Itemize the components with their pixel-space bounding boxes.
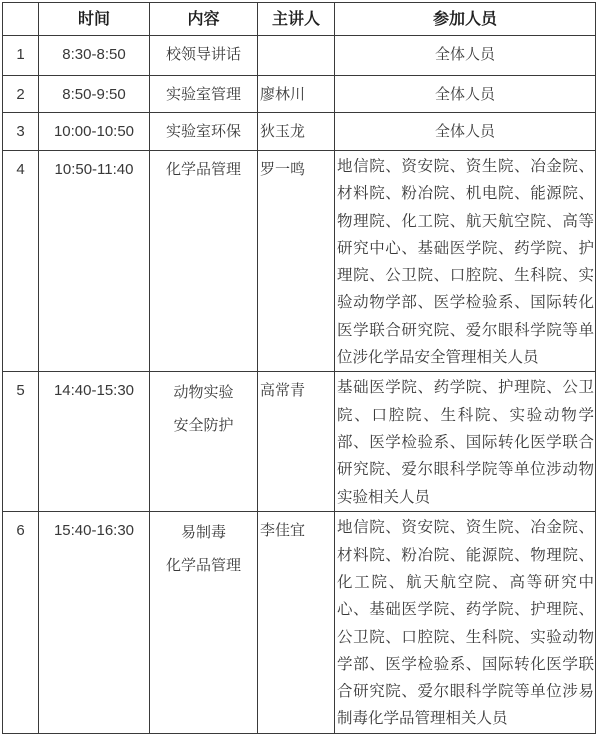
time-cell: 8:50-9:50 [39, 76, 150, 113]
content-cell: 校领导讲话 [150, 36, 258, 76]
row-number: 1 [3, 36, 39, 76]
row-number: 2 [3, 76, 39, 113]
document-page: 时间 内容 主讲人 参加人员 1 8:30-8:50 校领导讲话 全体人员 2 … [0, 0, 597, 735]
header-no [3, 3, 39, 36]
table-row: 4 10:50-11:40 化学品管理 罗一鸣 地信院、资安院、资生院、冶金院、… [3, 151, 596, 372]
row-number: 3 [3, 113, 39, 151]
table-row: 3 10:00-10:50 实验室环保 狄玉龙 全体人员 [3, 113, 596, 151]
time-cell: 8:30-8:50 [39, 36, 150, 76]
header-participants: 参加人员 [335, 3, 596, 36]
content-cell: 动物实验 安全防护 [150, 372, 258, 512]
speaker-cell: 李佳宜 [258, 512, 335, 733]
content-cell: 化学品管理 [150, 151, 258, 372]
table-row: 6 15:40-16:30 易制毒 化学品管理 李佳宜 地信院、资安院、资生院、… [3, 512, 596, 733]
time-cell: 10:00-10:50 [39, 113, 150, 151]
participants-cell: 全体人员 [335, 36, 596, 76]
participants-cell: 全体人员 [335, 113, 596, 151]
speaker-cell: 高常青 [258, 372, 335, 512]
header-row: 时间 内容 主讲人 参加人员 [3, 3, 596, 36]
table-row: 5 14:40-15:30 动物实验 安全防护 高常青 基础医学院、药学院、护理… [3, 372, 596, 512]
participants-cell: 地信院、资安院、资生院、冶金院、材料院、粉冶院、机电院、能源院、物理院、化工院、… [335, 151, 596, 372]
speaker-cell: 廖林川 [258, 76, 335, 113]
time-cell: 10:50-11:40 [39, 151, 150, 372]
speaker-cell [258, 36, 335, 76]
speaker-cell: 狄玉龙 [258, 113, 335, 151]
header-speaker: 主讲人 [258, 3, 335, 36]
time-cell: 14:40-15:30 [39, 372, 150, 512]
content-cell: 实验室环保 [150, 113, 258, 151]
speaker-cell: 罗一鸣 [258, 151, 335, 372]
time-cell: 15:40-16:30 [39, 512, 150, 733]
content-cell: 易制毒 化学品管理 [150, 512, 258, 733]
participants-cell: 地信院、资安院、资生院、冶金院、材料院、粉冶院、能源院、物理院、化工院、航天航空… [335, 512, 596, 733]
row-number: 6 [3, 512, 39, 733]
table-row: 1 8:30-8:50 校领导讲话 全体人员 [3, 36, 596, 76]
schedule-table: 时间 内容 主讲人 参加人员 1 8:30-8:50 校领导讲话 全体人员 2 … [2, 2, 596, 734]
header-time: 时间 [39, 3, 150, 36]
row-number: 5 [3, 372, 39, 512]
row-number: 4 [3, 151, 39, 372]
participants-cell: 基础医学院、药学院、护理院、公卫院、口腔院、生科院、实验动物学部、医学检验系、国… [335, 372, 596, 512]
header-content: 内容 [150, 3, 258, 36]
participants-cell: 全体人员 [335, 76, 596, 113]
content-cell: 实验室管理 [150, 76, 258, 113]
table-row: 2 8:50-9:50 实验室管理 廖林川 全体人员 [3, 76, 596, 113]
